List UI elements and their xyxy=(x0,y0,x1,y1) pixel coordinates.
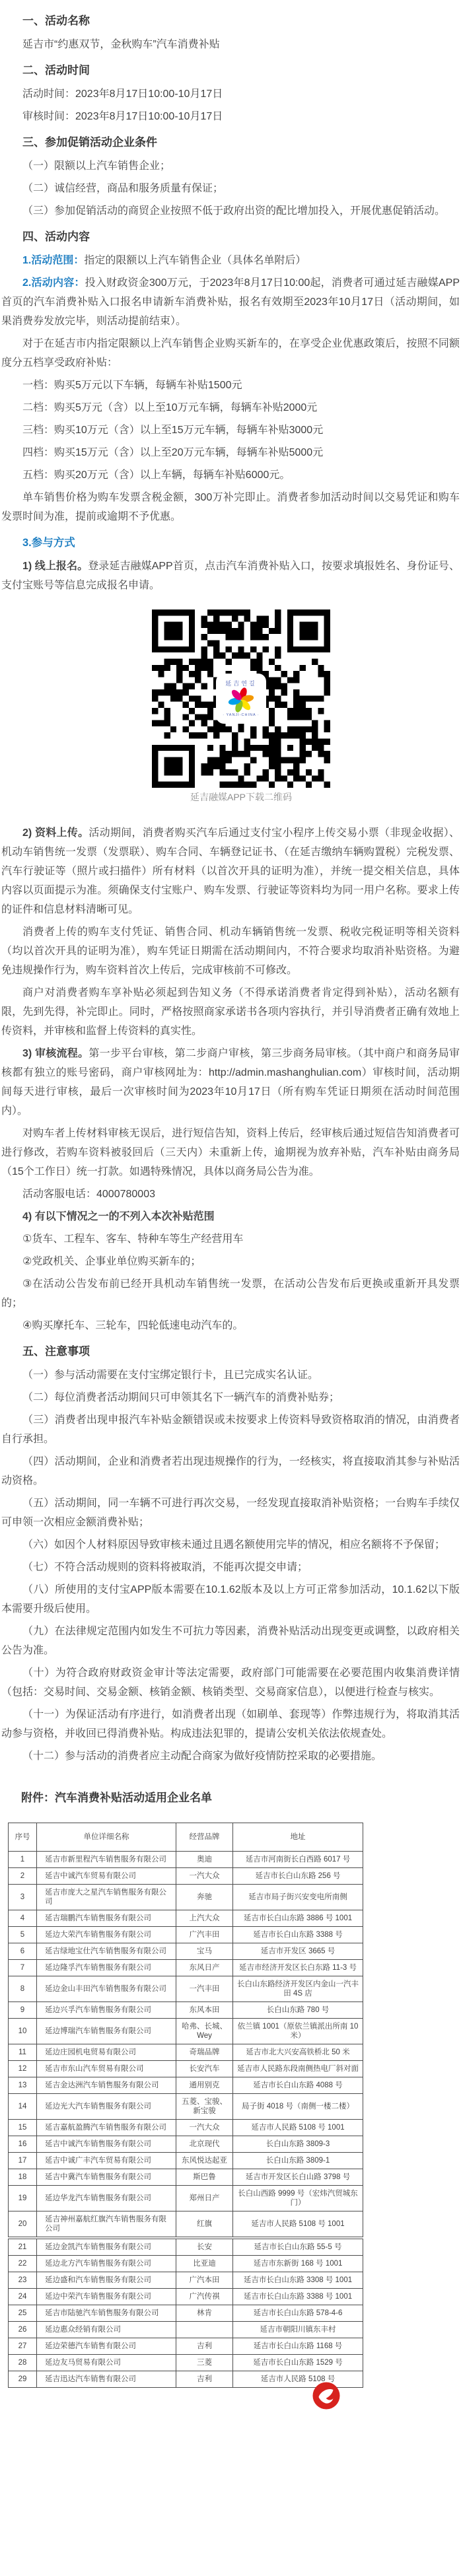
company-name: 延吉市陆驰汽车销售服务有限公司 xyxy=(37,2305,176,2322)
company-index: 5 xyxy=(9,1927,37,1943)
flower-logo-icon xyxy=(227,687,256,713)
company-brand: 比亚迪 xyxy=(176,2256,233,2272)
company-brand: 广汽丰田 xyxy=(176,1927,233,1943)
company-name: 延吉中冀汽车销售服务有限公司 xyxy=(37,2169,176,2186)
company-brand: 广汽本田 xyxy=(176,2272,233,2289)
blue-lead-label: 2.活动内容： xyxy=(22,277,85,289)
paragraph: （十）为符合政府财政资金审计等法定需要，政府部门可能需要在必要范围内收集消费详情… xyxy=(1,1663,460,1702)
company-index: 10 xyxy=(9,2019,37,2044)
company-brand: 长安 xyxy=(176,2238,233,2256)
company-index: 28 xyxy=(9,2355,37,2371)
paragraph: （八）所使用的支付宝APP版本需要在10.1.62版本及以上方可正常参加活动，1… xyxy=(1,1580,460,1619)
column-header: 经营品牌 xyxy=(176,1823,233,1852)
company-address: 延吉市东新街 168 号 1001 xyxy=(233,2256,363,2272)
company-brand: 北京现代 xyxy=(176,2136,233,2153)
company-index: 15 xyxy=(9,2120,37,2136)
company-name: 延吉神州嘉航红旗汽车销售服务有限公司 xyxy=(37,2211,176,2239)
paragraph: 二档：购买5万元（含）以上至10万元车辆，每辆车补贴2000元 xyxy=(1,398,460,417)
company-name: 延边友马贸易有限公司 xyxy=(37,2355,176,2371)
paragraph: （二）每位消费者活动期间只可申领其名下一辆汽车的消费补贴券； xyxy=(1,1388,460,1407)
table-row: 19延边华龙汽车销售服务有限公司郑州日产长白山西路 9999 号（宏炜汽贸城东门… xyxy=(9,2186,363,2211)
company-index: 4 xyxy=(9,1910,37,1927)
table-row: 2延吉中诚汽车贸易有限公司一汽大众延吉市长白山东路 256 号 xyxy=(9,1868,363,1885)
red-circle-logo-icon xyxy=(312,2382,340,2410)
company-address: 延吉市长白山东路 1529 号 xyxy=(233,2355,363,2371)
company-index: 21 xyxy=(9,2238,37,2256)
company-address: 延吉市朝阳川镇东丰村 xyxy=(233,2322,363,2338)
company-name: 延吉嘉航盈腾汽车销售服务有限公司 xyxy=(37,2120,176,2136)
table-row: 22延边北方汽车销售服务有限公司比亚迪延吉市东新街 168 号 1001 xyxy=(9,2256,363,2272)
paragraph: （二）诚信经营，商品和服务质量有保证； xyxy=(1,179,460,198)
company-index: 25 xyxy=(9,2305,37,2322)
company-name: 延吉绿地宝仕汽车销售服务有限公司 xyxy=(37,1943,176,1960)
table-row: 18延吉中冀汽车销售服务有限公司斯巴鲁延吉市开发区长白山路 3798 号 xyxy=(9,2169,363,2186)
company-brand: 一汽丰田 xyxy=(176,1976,233,2002)
paragraph: ①货车、工程车、客车、特种车等生产经营用车 xyxy=(1,1230,460,1249)
table-row: 25延吉市陆驰汽车销售服务有限公司林肯延吉市长白山东路 578-4-6 xyxy=(9,2305,363,2322)
company-brand: 东风本田 xyxy=(176,2002,233,2019)
company-address: 长白山西路 9999 号（宏炜汽贸城东门） xyxy=(233,2186,363,2211)
paragraph: （十二）参与活动的消费者应主动配合商家为做好疫情防控采取的必要措施。 xyxy=(1,1747,460,1766)
table-row: 21延边金凯汽车销售服务有限公司长安延吉市长白山东路 55-5 号 xyxy=(9,2238,363,2256)
paragraph: 1.活动范围：指定的限额以上汽车销售企业（具体名单附后） xyxy=(1,251,460,270)
company-index: 17 xyxy=(9,2153,37,2169)
company-address: 延吉市长白山东路 3388 号 xyxy=(233,1927,363,1943)
company-name: 延吉市东山汽车贸易有限公司 xyxy=(37,2061,176,2077)
table-row: 17延吉中诚广丰汽车贸易有限公司东风悦达起亚长白山东路 3809-1 xyxy=(9,2153,363,2169)
company-brand xyxy=(176,2322,233,2338)
table-row: 27延边荣德汽车销售有限公司吉利延吉市长白山东路 1168 号 xyxy=(9,2338,363,2355)
company-index: 27 xyxy=(9,2338,37,2355)
company-address: 延吉市局子街兴安变电所南侧 xyxy=(233,1885,363,1910)
bold-lead-label: 3) 审核流程。 xyxy=(22,1048,89,1059)
section-heading: 五、注意事项 xyxy=(1,1342,460,1362)
paragraph: 1) 线上报名。登录延吉融媒APP首页，点击汽车消费补贴入口，按要求填报姓名、身… xyxy=(1,557,460,595)
paragraph: 审核时间：2023年8月17日10:00-10月17日 xyxy=(1,107,460,126)
company-name: 延吉迅达汽车销售有限公司 xyxy=(37,2371,176,2388)
company-address: 延吉市人民路东段南侧热电厂斜对面 xyxy=(233,2061,363,2077)
company-address: 延吉市长白山东路 55-5 号 xyxy=(233,2238,363,2256)
company-address: 延吉市长白山东路 3886 号 1001 xyxy=(233,1910,363,1927)
paragraph: 五档：购买20万元（含）以上车辆，每辆车补贴6000元。 xyxy=(1,466,460,485)
table-row: 24延边中荣汽车销售服务有限公司广汽传祺延吉市长白山东路 3388 号 1001 xyxy=(9,2289,363,2305)
section-heading: 四、活动内容 xyxy=(1,227,460,247)
paragraph: （一）参与活动需要在支付宝绑定银行卡，且已完成实名认证。 xyxy=(1,1366,460,1385)
company-address: 延吉市长白山东路 4088 号 xyxy=(233,2077,363,2094)
paragraph: 2) 资料上传。活动期间，消费者购买汽车后通过支付宝小程序上传交易小票（非现金收… xyxy=(1,823,460,919)
company-brand: 宝马 xyxy=(176,1943,233,1960)
company-address: 延吉市北大兴安高铁桥北 50 米 xyxy=(233,2044,363,2061)
company-address: 长白山东路 3809-3 xyxy=(233,2136,363,2153)
company-brand: 一汽大众 xyxy=(176,2120,233,2136)
company-address: 延吉市开发区长白山路 3798 号 xyxy=(233,2169,363,2186)
company-index: 23 xyxy=(9,2272,37,2289)
table-row: 7延边隆孚汽车销售服务有限公司东风日产延吉市经济开发区长白东路 11-3 号 xyxy=(9,1960,363,1976)
table-row: 15延吉嘉航盈腾汽车销售服务有限公司一汽大众延吉市人民路 5108 号 1001 xyxy=(9,2120,363,2136)
company-address: 延吉市长白山东路 1168 号 xyxy=(233,2338,363,2355)
company-name: 延吉市庞大之星汽车销售服务有限公司 xyxy=(37,1885,176,1910)
company-name: 延边北方汽车销售服务有限公司 xyxy=(37,2256,176,2272)
table-row: 3延吉市庞大之星汽车销售服务有限公司奔驰延吉市局子街兴安变电所南侧 xyxy=(9,1885,363,1910)
attachment-heading: 附件：汽车消费补贴活动适用企业名单 xyxy=(0,1788,461,1808)
company-table-wrap: 序号单位详细名称经营品牌地址 1延吉市新里程汽车销售服务有限公司奥迪延吉市河南街… xyxy=(8,1823,363,2388)
company-brand: 广汽传祺 xyxy=(176,2289,233,2305)
table-row: 8延边金山丰田汽车销售服务有限公司一汽丰田长白山东路经济开发区内金山一汽丰田 4… xyxy=(9,1976,363,2002)
company-address: 延吉市人民路 5108 号 xyxy=(233,2371,363,2388)
company-name: 延边大荣汽车销售服务有限公司 xyxy=(37,1927,176,1943)
sub-heading: 4) 有以下情况之一的不列入本次补贴范围 xyxy=(1,1207,460,1226)
paragraph: ②党政机关、企事业单位购买新车的； xyxy=(1,1252,460,1271)
table-row: 14延边光大汽车销售服务有限公司五菱、宝骏、新宝骏局子街 4018 号（南侧一楼… xyxy=(9,2094,363,2120)
company-name: 延边金凯汽车销售服务有限公司 xyxy=(37,2238,176,2256)
company-address: 长白山东路经济开发区内金山一汽丰田 4S 店 xyxy=(233,1976,363,2002)
paragraph: （十一）为保证活动有序进行，如消费者出现（如刷单、套现等）作弊违规行为，将取消其… xyxy=(1,1705,460,1743)
company-address: 延吉市人民路 5108 号 1001 xyxy=(233,2211,363,2239)
company-index: 9 xyxy=(9,2002,37,2019)
company-index: 26 xyxy=(9,2322,37,2338)
qr-logo-text-bottom: · YANJI-CHINA · xyxy=(223,713,259,718)
company-index: 14 xyxy=(9,2094,37,2120)
company-name: 延吉中诚汽车销售服务有限公司 xyxy=(37,2136,176,2153)
company-address: 延吉市开发区 3665 号 xyxy=(233,1943,363,1960)
section-heading: 二、活动时间 xyxy=(1,61,460,81)
company-brand: 奔驰 xyxy=(176,1885,233,1910)
column-header: 地址 xyxy=(233,1823,363,1852)
paragraph: ④购买摩托车、三轮车，四轮低速电动汽车的。 xyxy=(1,1316,460,1335)
company-name: 延边中荣汽车销售服务有限公司 xyxy=(37,2289,176,2305)
company-table: 序号单位详细名称经营品牌地址 1延吉市新里程汽车销售服务有限公司奥迪延吉市河南街… xyxy=(8,1823,363,2388)
paragraph: 对于在延吉市内指定限额以上汽车销售企业购买新车的，在享受企业优惠政策后，按照不同… xyxy=(1,334,460,372)
bold-lead-label: 1) 线上报名。 xyxy=(22,561,88,572)
company-name: 延吉瑞鹏汽车销售服务有限公司 xyxy=(37,1910,176,1927)
paragraph: ③在活动公告发布前已经开具机动车销售统一发票，在活动公告发布后更换或重新开具发票… xyxy=(1,1274,460,1313)
company-address: 延吉市经济开发区长白东路 11-3 号 xyxy=(233,1960,363,1976)
paragraph: （五）活动期间，同一车辆不可进行再次交易，一经发现直接取消补贴资格；一台购车手续… xyxy=(1,1494,460,1532)
table-row: 16延吉中诚汽车销售服务有限公司北京现代长白山东路 3809-3 xyxy=(9,2136,363,2153)
company-index: 18 xyxy=(9,2169,37,2186)
company-brand: 吉利 xyxy=(176,2371,233,2388)
section-heading: 三、参加促销活动企业条件 xyxy=(1,133,460,153)
app-download-qr-code: 延吉연길· YANJI-CHINA · xyxy=(152,609,330,788)
column-header: 单位详细名称 xyxy=(37,1823,176,1852)
company-address: 长白山东路 3809-1 xyxy=(233,2153,363,2169)
company-address: 延吉市人民路 5108 号 1001 xyxy=(233,2120,363,2136)
company-address: 依兰镇 1001（原依兰镇派出所南 10 米） xyxy=(233,2019,363,2044)
company-brand: 奇瑞品牌 xyxy=(176,2044,233,2061)
paragraph: （三）参加促销活动的商贸企业按照不低于政府出资的配比增加投入，开展优惠促销活动。 xyxy=(1,201,460,221)
company-index: 22 xyxy=(9,2256,37,2272)
article-body: 一、活动名称延吉市“约惠双节，金秋购车”汽车消费补贴二、活动时间活动时间：202… xyxy=(0,11,461,1766)
section-heading: 3.参与方式 xyxy=(1,533,460,553)
company-address: 延吉市长白山东路 3388 号 1001 xyxy=(233,2289,363,2305)
table-row: 1延吉市新里程汽车销售服务有限公司奥迪延吉市河南街长白西路 6017 号 xyxy=(9,1852,363,1868)
company-brand: 红旗 xyxy=(176,2211,233,2239)
company-name: 延吉中诚汽车贸易有限公司 xyxy=(37,1868,176,1885)
company-brand: 郑州日产 xyxy=(176,2186,233,2211)
paragraph: 2.活动内容：投入财政资金300万元，于2023年8月17日10:00起，消费者… xyxy=(1,273,460,331)
company-index: 6 xyxy=(9,1943,37,1960)
paragraph: 一档：购买5万元以下车辆，每辆车补贴1500元 xyxy=(1,376,460,395)
company-index: 1 xyxy=(9,1852,37,1868)
table-row: 28延边友马贸易有限公司三菱延吉市长白山东路 1529 号 xyxy=(9,2355,363,2371)
table-row: 13延吉金达洲汽车销售服务有限公司通用别克延吉市长白山东路 4088 号 xyxy=(9,2077,363,2094)
company-brand: 哈弗、长城、Wey xyxy=(176,2019,233,2044)
paragraph: 对购车者上传材料审核无误后，进行短信告知，资料上传后，经审核后通过短信告知消费者… xyxy=(1,1124,460,1181)
company-index: 29 xyxy=(9,2371,37,2388)
company-brand: 奥迪 xyxy=(176,1852,233,1868)
company-index: 19 xyxy=(9,2186,37,2211)
company-index: 12 xyxy=(9,2061,37,2077)
qr-center-logo: 延吉연길· YANJI-CHINA · xyxy=(216,674,266,724)
table-header-row: 序号单位详细名称经营品牌地址 xyxy=(9,1823,363,1852)
company-name: 延边盛和汽车销售服务有限公司 xyxy=(37,2272,176,2289)
company-name: 延边惠众经销有限公司 xyxy=(37,2322,176,2338)
table-row: 12延吉市东山汽车贸易有限公司长安汽车延吉市人民路东段南侧热电厂斜对面 xyxy=(9,2061,363,2077)
company-name: 延边荣德汽车销售有限公司 xyxy=(37,2338,176,2355)
paragraph: 3) 审核流程。第一步平台审核，第二步商户审核，第三步商务局审核。（其中商户和商… xyxy=(1,1044,460,1121)
company-brand: 吉利 xyxy=(176,2338,233,2355)
paragraph: 商户对消费者购车享补贴必须起到告知义务（不得承诺消费者肯定得到补贴），活动名额有… xyxy=(1,983,460,1041)
company-address: 延吉市长白山东路 578-4-6 xyxy=(233,2305,363,2322)
paragraph: 四档：购买15万元（含）以上至20万元车辆，每辆车补贴5000元 xyxy=(1,443,460,462)
paragraph: 消费者上传的购车支付凭证、销售合同、机动车辆销售统一发票、税收完税证明等相关资料… xyxy=(1,922,460,980)
company-name: 延吉金达洲汽车销售服务有限公司 xyxy=(37,2077,176,2094)
table-row: 29延吉迅达汽车销售有限公司吉利延吉市人民路 5108 号 xyxy=(9,2371,363,2388)
company-index: 7 xyxy=(9,1960,37,1976)
qr-logo-text-top: 延吉연길 xyxy=(225,680,256,687)
section-heading: 一、活动名称 xyxy=(1,11,460,31)
company-name: 延吉市新里程汽车销售服务有限公司 xyxy=(37,1852,176,1868)
company-index: 13 xyxy=(9,2077,37,2094)
company-brand: 三菱 xyxy=(176,2355,233,2371)
table-row: 10延边博瑞汽车销售服务有限公司哈弗、长城、Wey依兰镇 1001（原依兰镇派出… xyxy=(9,2019,363,2044)
company-index: 11 xyxy=(9,2044,37,2061)
company-address: 长白山东路 780 号 xyxy=(233,2002,363,2019)
media-logo-watermark xyxy=(312,2382,340,2410)
company-brand: 长安汽车 xyxy=(176,2061,233,2077)
paragraph: （四）活动期间，企业和消费者若出现违规操作的行为，一经核实，将直接取消其参与补贴… xyxy=(1,1452,460,1490)
table-row: 11延边庄园机电贸易有限公司奇瑞品牌延吉市北大兴安高铁桥北 50 米 xyxy=(9,2044,363,2061)
company-brand: 斯巴鲁 xyxy=(176,2169,233,2186)
company-address: 延吉市长白山东路 3308 号 1001 xyxy=(233,2272,363,2289)
company-address: 局子街 4018 号（南侧一楼二楼） xyxy=(233,2094,363,2120)
company-address: 延吉市河南街长白西路 6017 号 xyxy=(233,1852,363,1868)
paragraph: （三）消费者出现申报汽车补贴金额错误或未按要求上传资料导致资格取消的情况，由消费… xyxy=(1,1410,460,1449)
table-row: 4延吉瑞鹏汽车销售服务有限公司上汽大众延吉市长白山东路 3886 号 1001 xyxy=(9,1910,363,1927)
table-row: 20延吉神州嘉航红旗汽车销售服务有限公司红旗延吉市人民路 5108 号 1001 xyxy=(9,2211,363,2239)
paragraph: （六）如因个人材料原因导致审核未通过且遇名额使用完毕的情况，相应名额将不予保留； xyxy=(1,1535,460,1554)
paragraph: （七）不符合活动规则的资料将被取消，不能再次提交申请； xyxy=(1,1558,460,1577)
company-name: 延边华龙汽车销售服务有限公司 xyxy=(37,2186,176,2211)
company-name: 延边隆孚汽车销售服务有限公司 xyxy=(37,1960,176,1976)
company-index: 8 xyxy=(9,1976,37,2002)
paragraph: 活动客服电话：4000780003 xyxy=(1,1185,460,1204)
column-header: 序号 xyxy=(9,1823,37,1852)
paragraph: （一）限额以上汽车销售企业； xyxy=(1,157,460,176)
company-brand: 五菱、宝骏、新宝骏 xyxy=(176,2094,233,2120)
company-brand: 东风日产 xyxy=(176,1960,233,1976)
table-row: 5延边大荣汽车销售服务有限公司广汽丰田延吉市长白山东路 3388 号 xyxy=(9,1927,363,1943)
paragraph: 延吉市“约惠双节，金秋购车”汽车消费补贴 xyxy=(1,35,460,54)
paragraph: （九）在法律规定范围内如发生不可抗力等因素，消费补贴活动出现变更或调整，以政府相… xyxy=(1,1622,460,1660)
company-index: 3 xyxy=(9,1885,37,1910)
blue-lead-label: 1.活动范围： xyxy=(22,255,84,266)
company-name: 延边金山丰田汽车销售服务有限公司 xyxy=(37,1976,176,2002)
company-name: 延边庄园机电贸易有限公司 xyxy=(37,2044,176,2061)
company-brand: 一汽大众 xyxy=(176,1868,233,1885)
company-index: 24 xyxy=(9,2289,37,2305)
table-row: 23延边盛和汽车销售服务有限公司广汽本田延吉市长白山东路 3308 号 1001 xyxy=(9,2272,363,2289)
company-index: 16 xyxy=(9,2136,37,2153)
bold-lead-label: 2) 资料上传。 xyxy=(22,827,89,839)
table-row: 9延边兴孚汽车销售服务有限公司东风本田长白山东路 780 号 xyxy=(9,2002,363,2019)
paragraph: 活动时间：2023年8月17日10:00-10月17日 xyxy=(1,85,460,104)
company-address: 延吉市长白山东路 256 号 xyxy=(233,1868,363,1885)
paragraph: 单车销售价格为购车发票含税金额，300万补完即止。消费者参加活动时间以交易凭证和… xyxy=(1,488,460,526)
bottom-whitespace xyxy=(0,2388,461,2418)
company-brand: 上汽大众 xyxy=(176,1910,233,1927)
table-row: 6延吉绿地宝仕汽车销售服务有限公司宝马延吉市开发区 3665 号 xyxy=(9,1943,363,1960)
paragraph: 三档：购买10万元（含）以上至15万元车辆，每辆车补贴3000元 xyxy=(1,421,460,440)
table-row: 26延边惠众经销有限公司延吉市朝阳川镇东丰村 xyxy=(9,2322,363,2338)
company-name: 延边光大汽车销售服务有限公司 xyxy=(37,2094,176,2120)
company-index: 2 xyxy=(9,1868,37,1885)
company-index: 20 xyxy=(9,2211,37,2239)
company-name: 延吉中诚广丰汽车贸易有限公司 xyxy=(37,2153,176,2169)
company-brand: 东风悦达起亚 xyxy=(176,2153,233,2169)
qr-caption: 延吉融媒APP下载二维码 xyxy=(152,789,330,805)
company-brand: 林肯 xyxy=(176,2305,233,2322)
document: 一、活动名称延吉市“约惠双节，金秋购车”汽车消费补贴二、活动时间活动时间：202… xyxy=(0,0,461,2418)
company-name: 延边博瑞汽车销售服务有限公司 xyxy=(37,2019,176,2044)
company-brand: 通用别克 xyxy=(176,2077,233,2094)
company-name: 延边兴孚汽车销售服务有限公司 xyxy=(37,2002,176,2019)
